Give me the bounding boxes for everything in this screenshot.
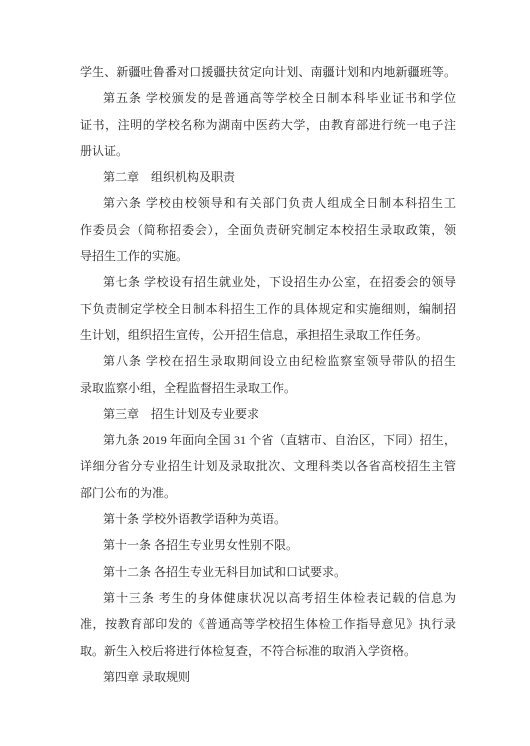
text-line: 第四章 录取规则 — [80, 664, 456, 690]
text-line: 录取监察小组，全程监督招生录取工作。 — [80, 375, 456, 401]
text-line: 第十二条 各招生专业无科目加试和口试要求。 — [80, 559, 456, 585]
text-line: 作委员会（简称招委会），全面负责研究制定本校招生录取政策，领 — [80, 217, 456, 243]
text-line: 导招生工作的实施。 — [80, 243, 456, 269]
text-line: 第七条 学校设有招生就业处，下设招生办公室，在招委会的领导 — [80, 269, 456, 295]
text-line: 第六条 学校由校领导和有关部门负责人组成全日制本科招生工 — [80, 190, 456, 216]
text-line: 第二章 组织机构及职责 — [80, 164, 456, 190]
text-line: 册认证。 — [80, 138, 456, 164]
document-page: 学生、新疆吐鲁番对口援疆扶贫定向计划、南疆计划和内地新疆班等。第五条 学校颁发的… — [0, 0, 530, 746]
text-line: 下负责制定学校全日制本科招生工作的具体规定和实施细则，编制招 — [80, 296, 456, 322]
text-line: 学生、新疆吐鲁番对口援疆扶贫定向计划、南疆计划和内地新疆班等。 — [80, 59, 456, 85]
text-line: 证书，注明的学校名称为湖南中医药大学，由教育部进行统一电子注 — [80, 112, 456, 138]
text-line: 第九条 2019 年面向全国 31 个省（直辖市、自治区，下同）招生， — [80, 427, 456, 453]
text-line: 取。新生入校后将进行体检复查，不符合标准的取消入学资格。 — [80, 638, 456, 664]
text-line: 部门公布的为准。 — [80, 480, 456, 506]
text-line: 第五条 学校颁发的是普通高等学校全日制本科毕业证书和学位 — [80, 85, 456, 111]
text-line: 生计划，组织招生宣传，公开招生信息，承担招生录取工作任务。 — [80, 322, 456, 348]
text-line: 第十条 学校外语教学语种为英语。 — [80, 506, 456, 532]
text-line: 第三章 招生计划及专业要求 — [80, 401, 456, 427]
text-line: 第十一条 各招生专业男女性别不限。 — [80, 532, 456, 558]
text-line: 详细分省分专业招生计划及录取批次、文理科类以各省高校招生主管 — [80, 453, 456, 479]
document-text-block: 学生、新疆吐鲁番对口援疆扶贫定向计划、南疆计划和内地新疆班等。第五条 学校颁发的… — [80, 59, 456, 690]
text-line: 第十三条 考生的身体健康状况以高考招生体检表记载的信息为 — [80, 585, 456, 611]
text-line: 准，按教育部印发的《普通高等学校招生体检工作指导意见》执行录 — [80, 611, 456, 637]
text-line: 第八条 学校在招生录取期间设立由纪检监察室领导带队的招生 — [80, 348, 456, 374]
